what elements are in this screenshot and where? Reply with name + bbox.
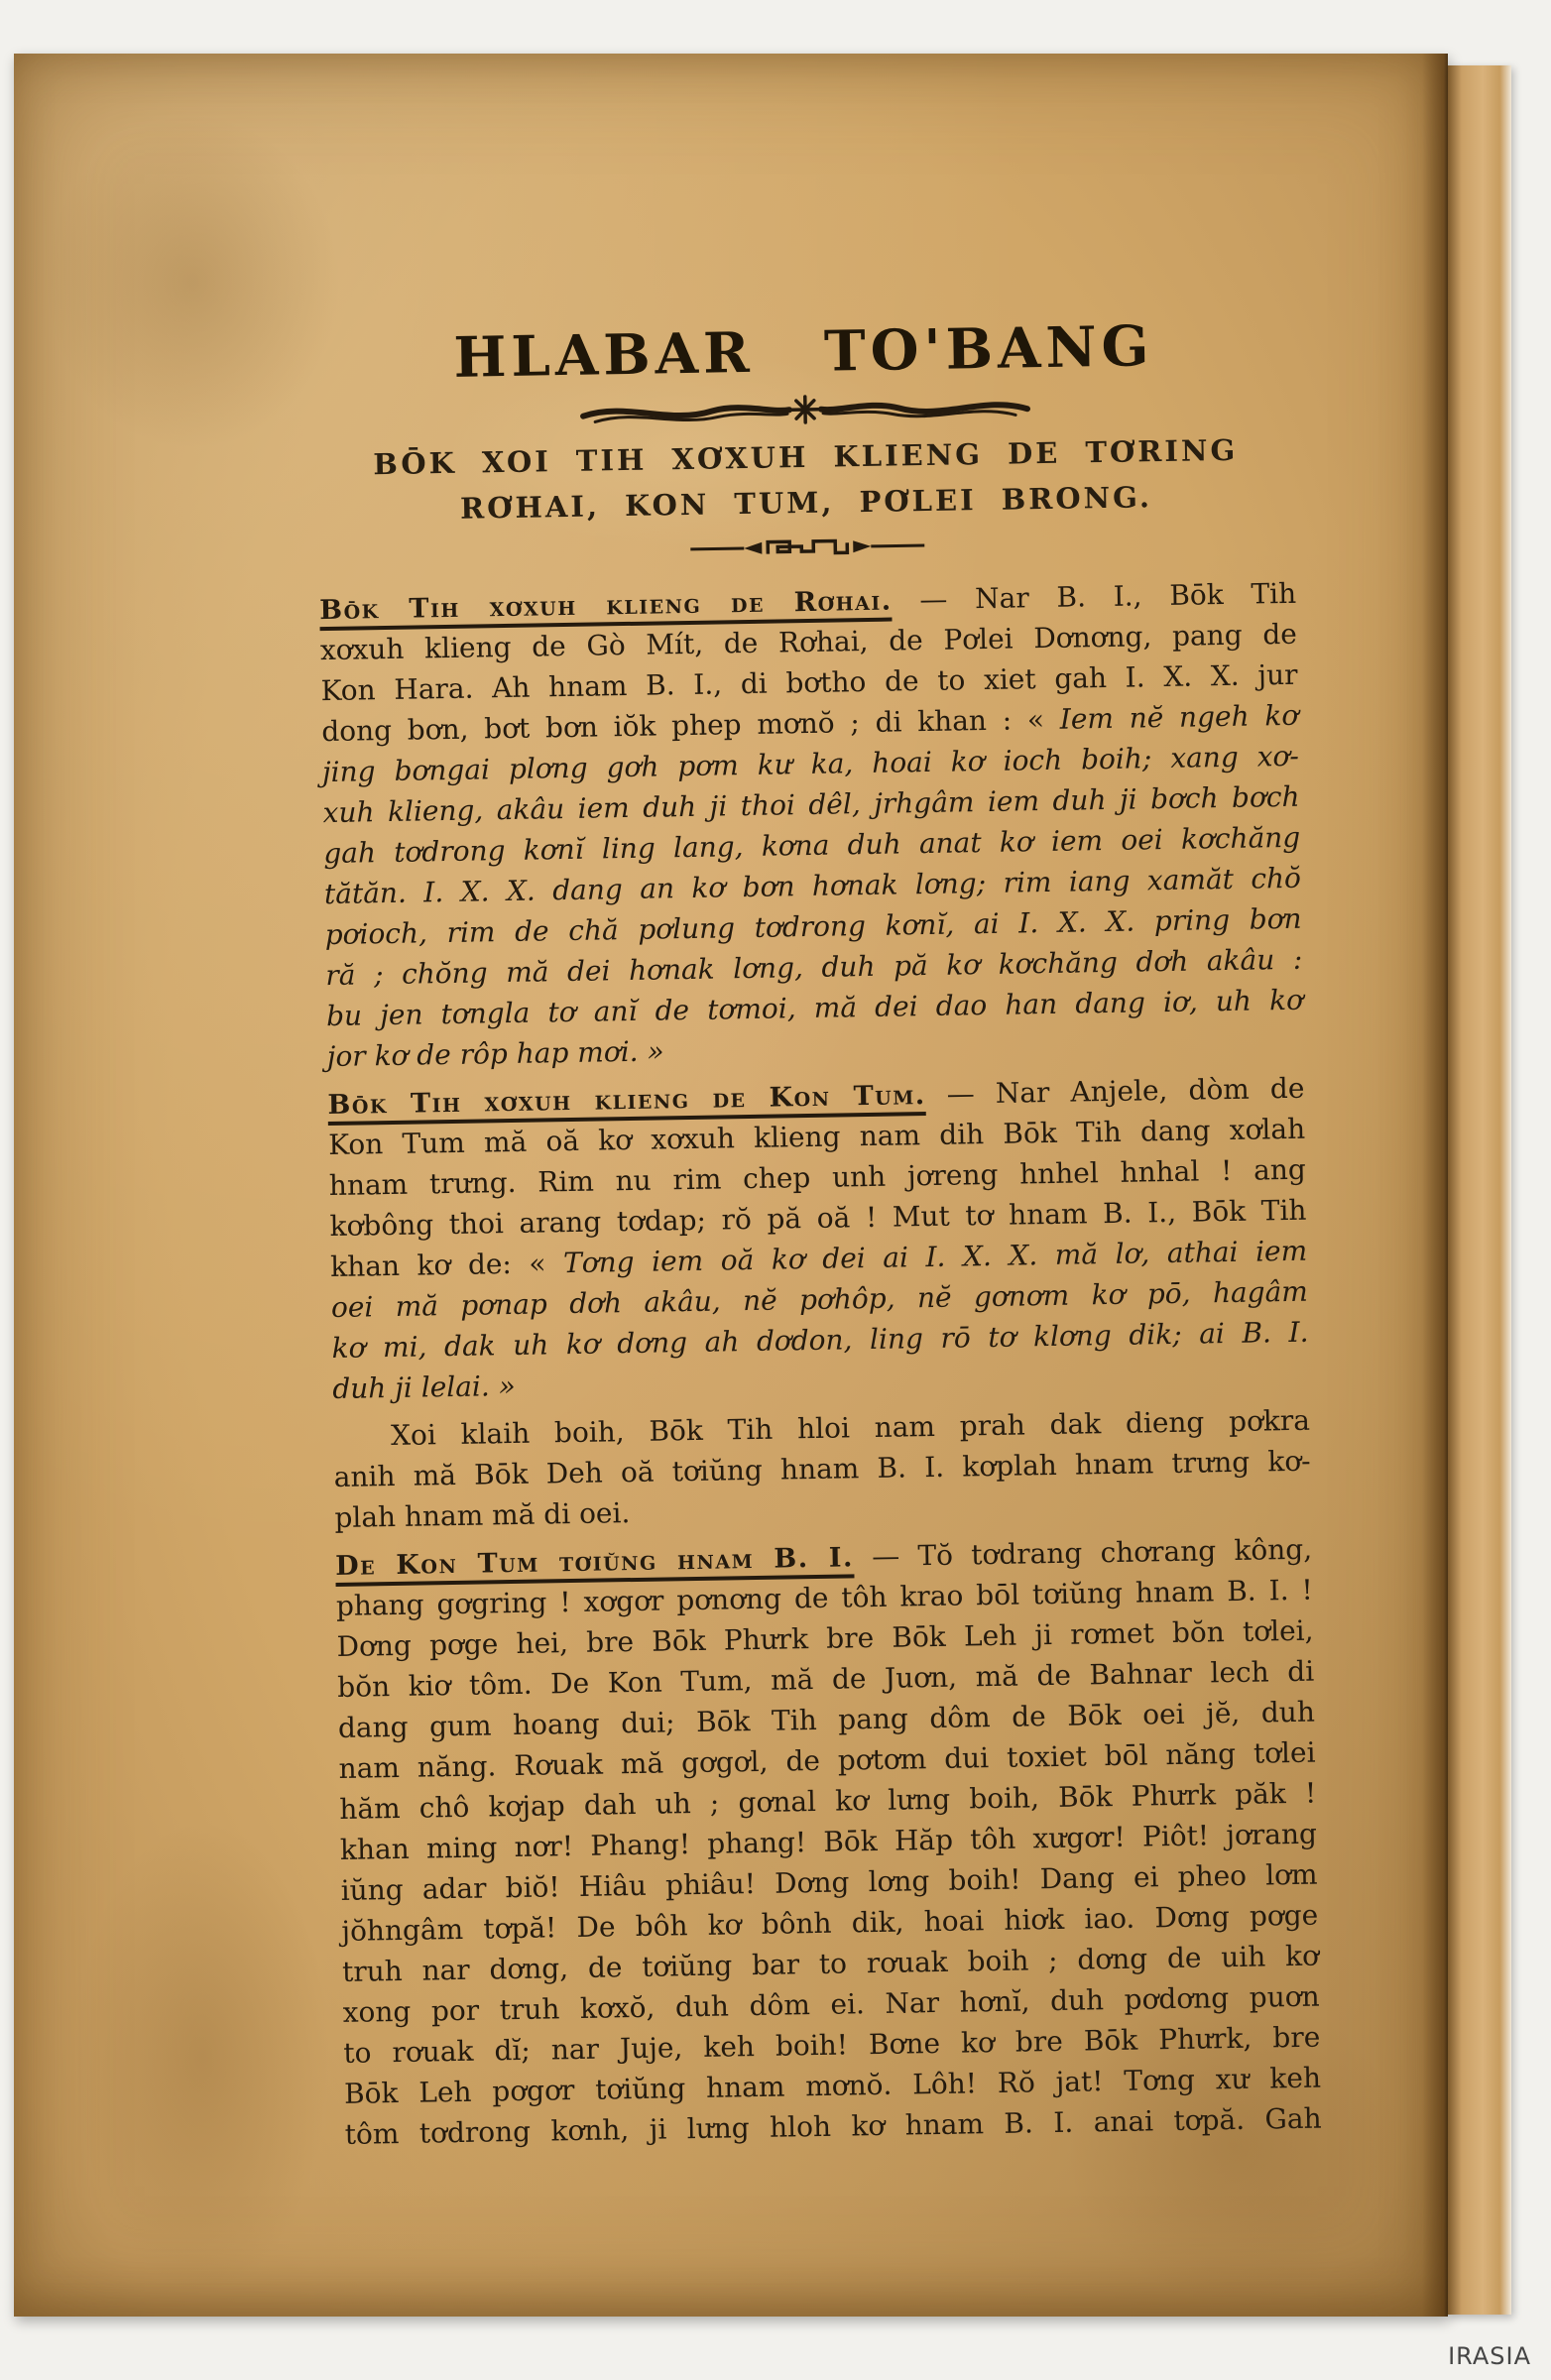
ribbon-rule-ornament-icon bbox=[576, 389, 1033, 430]
paragraph: Xoi klaih boih, Bōk Tih hloi nam prah da… bbox=[333, 1400, 1312, 1538]
underlying-page-edge bbox=[1448, 65, 1511, 2315]
page-scan: HLABAR TO'BANG BŌK XOI TIH XƠXUH KLIENG … bbox=[14, 54, 1448, 2317]
paragraph: Bōk Tih xơxuh klieng de Kon Tum. — Nar A… bbox=[327, 1068, 1309, 1409]
printed-content: HLABAR TO'BANG BŌK XOI TIH XƠXUH KLIENG … bbox=[310, 46, 1322, 2162]
body-text: Bōk Tih xơxuh klieng de Rơhai. — Nar B. … bbox=[319, 573, 1322, 2155]
page-title: HLABAR TO'BANG bbox=[315, 313, 1293, 391]
archive-watermark: IRASIA bbox=[1448, 2342, 1531, 2370]
meander-rule-ornament-icon bbox=[688, 532, 926, 561]
paragraph: Bōk Tih xơxuh klieng de Rơhai. — Nar B. … bbox=[319, 573, 1304, 1077]
paper-stain bbox=[73, 1819, 331, 2295]
subtitle: BŌK XOI TIH XƠXUH KLIENG DE TƠRING RƠHAI… bbox=[316, 426, 1294, 534]
paragraph: De Kon Tum tơiŭng hnam B. I. — Tŏ tơdran… bbox=[335, 1529, 1322, 2155]
paper-stain bbox=[44, 113, 341, 450]
masthead: HLABAR TO'BANG BŌK XOI TIH XƠXUH KLIENG … bbox=[310, 46, 1295, 567]
